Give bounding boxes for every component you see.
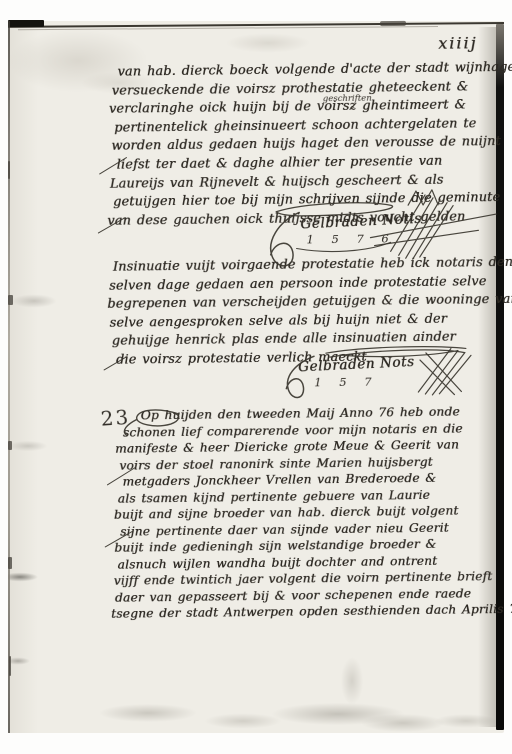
signature-2-year: 1 5 7 [314,375,378,390]
manuscript-scan: xiiij van hab. dierck boeck volgende d'a… [0,0,512,754]
insertion-caret: ^ [349,105,356,114]
signature-1-year: 1 5 7 6 [306,231,395,246]
interline-insertion: geschriften [323,94,372,105]
ink-layer: xiiij van hab. dierck boeck volgende d'a… [4,18,509,736]
manuscript-paragraph-2: Insinuatie vuijt voirgaende protestatie … [109,254,512,371]
manuscript-paragraph-1: van hab. dierck boeck volgende d'acte de… [108,59,512,231]
folio-number: xiiij [438,33,478,52]
manuscript-page: xiiij van hab. dierck boeck volgende d'a… [8,21,504,733]
manuscript-paragraph-3: Op huijden den tweeden Maij Anno 76 heb … [113,403,512,622]
